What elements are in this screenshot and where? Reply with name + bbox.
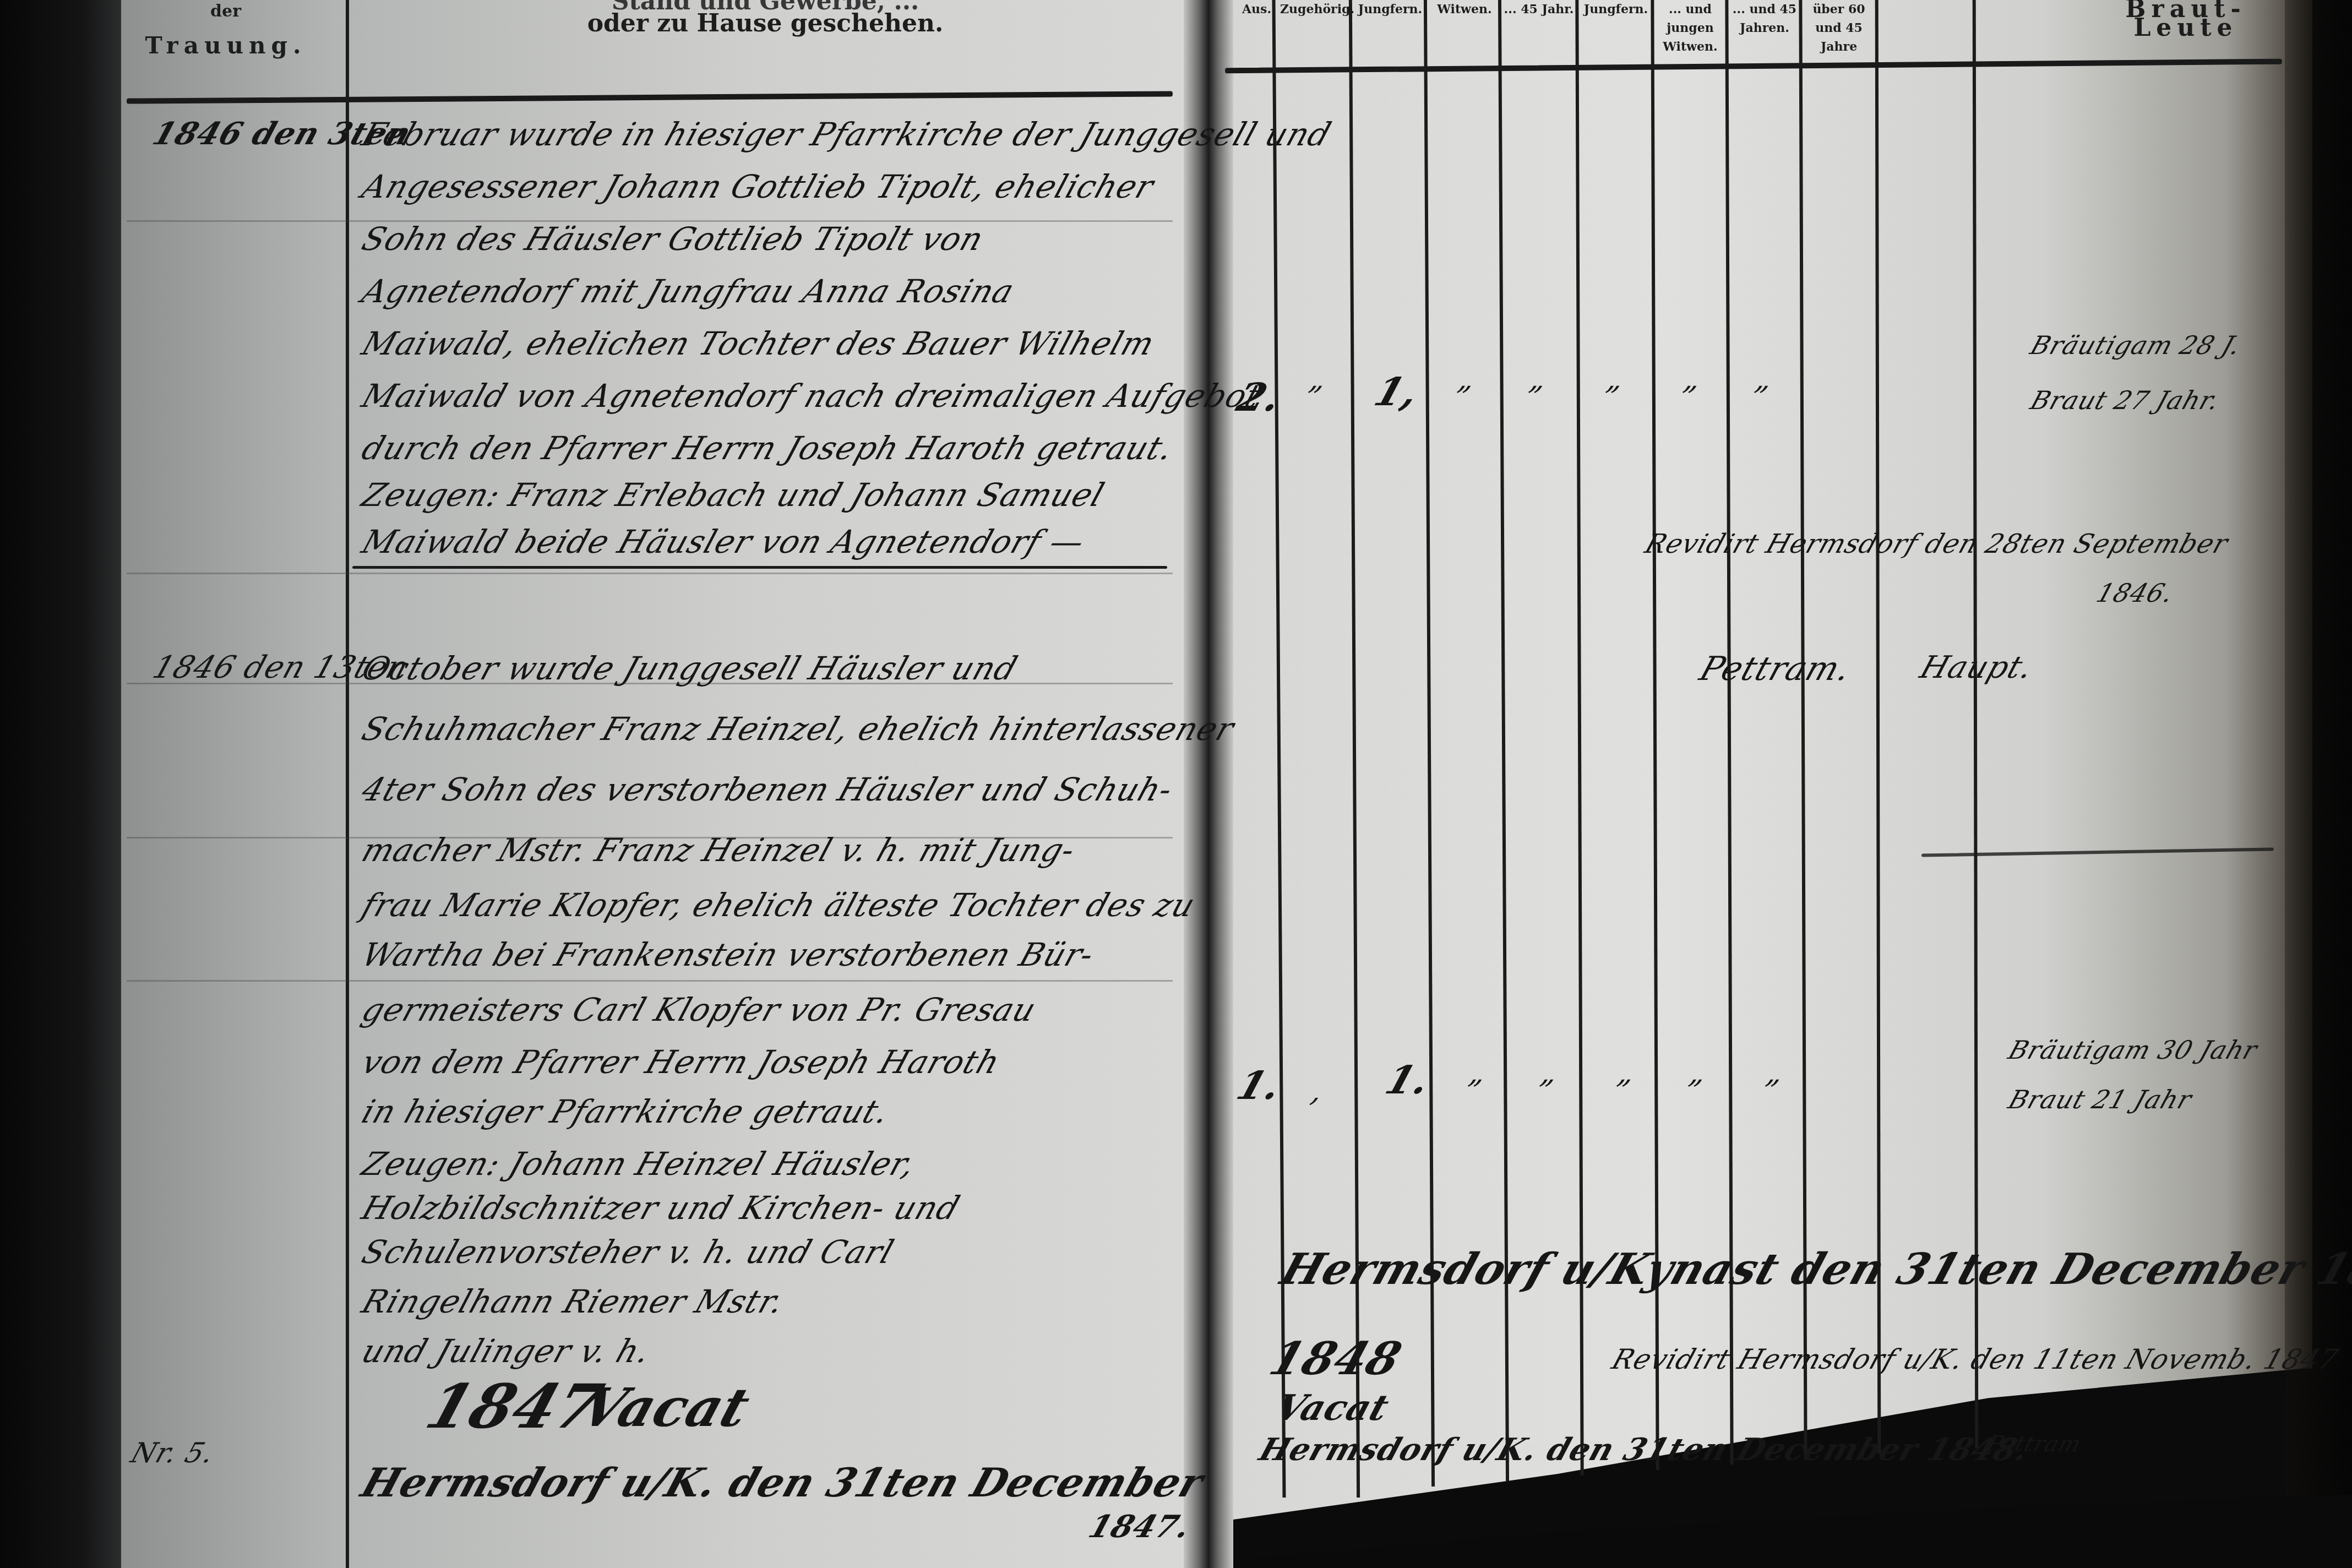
right-entry2-age-groom: Bräutigam 30 Jahr [2005, 1035, 2261, 1065]
header-col-bride-couple: Braut-Leute [2081, 0, 2290, 66]
entry2-line: Zeugen: Johann Heinzel Häusler, [357, 1145, 921, 1183]
header-col: ... und 45 Jahren. [1729, 0, 1800, 66]
entry2-line: Wartha bei Frankenstein verstorbenen Bür… [357, 936, 1099, 973]
header-details-column: Stand und Gewerbe, ... oder zu Hause ges… [352, 0, 1178, 66]
header-col: ... und jungen Witwen. [1654, 0, 1726, 66]
entry1-line: Agnetendorf mit Jungfrau Anna Rosina [357, 273, 1019, 310]
margin-note: Nr. 5. [127, 1437, 219, 1469]
header-date-column: der Trauung. [127, 0, 325, 66]
closing-1848-attestation: Hermsdorf u/K. den 31ten December 1848. [1255, 1431, 2034, 1468]
entry2-line: in hiesiger Pfarrkirche getraut. [357, 1093, 894, 1130]
ruled-line [127, 980, 1173, 982]
right-entry1-age-groom: Bräutigam 28 J. [2027, 330, 2245, 360]
header-date-line2: Trauung. [127, 36, 325, 55]
revision-1846-signature-2: Haupt. [1915, 650, 2038, 685]
closing-1847-vacat: Vacat [574, 1376, 758, 1439]
entry1-line: Februar wurde in hiesiger Pfarrkirche de… [357, 116, 1336, 153]
entry2-line: Schulenvorsteher v. h. und Carl [357, 1233, 899, 1271]
entry2-line: frau Marie Klopfer, ehelich älteste Toch… [357, 886, 1200, 924]
entry1-line: Sohn des Häusler Gottlieb Tipolt von [357, 220, 988, 258]
header-col: Zugehörig. [1280, 0, 1352, 66]
ruled-line [127, 573, 1173, 574]
revision-1846-text: Revidirt Hermsdorf den 28ten September [1641, 529, 2232, 559]
column-divider-left [346, 0, 349, 1568]
revision-1847-text: Revidirt Hermsdorf u/K. den 11ten Novemb… [1608, 1343, 2343, 1375]
entry1-line: Angesessener Johann Gottlieb Tipolt, ehe… [357, 168, 1159, 205]
revision-1847-signature: Pettram [1984, 1431, 2085, 1457]
header-col: Witwen. [1429, 0, 1500, 66]
header-col: Jungfern. [1354, 0, 1426, 66]
right-entry2-age-bride: Braut 21 Jahr [2005, 1085, 2196, 1114]
entry1-line: Maiwald, ehelichen Tochter des Bauer Wil… [357, 325, 1159, 362]
entry2-line: germeisters Carl Klopfer von Pr. Gresau [357, 991, 1041, 1028]
book-gutter [1184, 0, 1233, 1568]
right-entry1-age-bride: Braut 27 Jahr. [2027, 385, 2224, 415]
revision-1846-year: 1846. [2093, 578, 2177, 608]
entry2-line: von dem Pfarrer Herrn Joseph Haroth [357, 1043, 1005, 1081]
right-shadow [2285, 0, 2352, 1568]
revision-1846-signature-1: Pettram. [1695, 650, 1856, 688]
header-date-line1: der [127, 2, 325, 21]
entry2-line: Holzbildschnitzer und Kirchen- und [357, 1189, 965, 1227]
closing-1848-vacat: Vacat [1271, 1387, 1395, 1429]
header-details-line2: oder zu Hause geschehen. [352, 14, 1178, 33]
closing-1848-year: 1848 [1263, 1332, 1408, 1385]
entry2-line: macher Mstr. Franz Heinzel v. h. mit Jun… [357, 831, 1080, 869]
closing-1847-attestation-year: 1847. [1084, 1509, 1195, 1545]
entry2-line: Ringelhann Riemer Mstr. [357, 1283, 789, 1320]
entry1-line: durch den Pfarrer Herrn Joseph Haroth ge… [357, 429, 1178, 467]
entry2-line: October wurde Junggesell Häusler und [357, 650, 1022, 687]
entry1-end-rule [352, 566, 1167, 569]
entry1-line: Maiwald von Agnetendorf nach dreimaligen… [357, 377, 1266, 415]
entry2-line: 4ter Sohn des verstorbenen Häusler und S… [357, 771, 1178, 808]
entry1-line: Maiwald beide Häusler von Agnetendorf — [357, 523, 1090, 560]
entry2-line: und Julinger v. h. [357, 1332, 656, 1370]
header-col: Aus. [1236, 0, 1277, 66]
header-col: über 60 und 45 Jahre [1803, 0, 1875, 66]
header-col: ... 45 Jahr. [1503, 0, 1575, 66]
header-col [1877, 0, 1949, 66]
header-details-line1: Stand und Gewerbe, ... [352, 0, 1178, 11]
header-col: Jungfern. [1580, 0, 1652, 66]
entry1-line: Zeugen: Franz Erlebach und Johann Samuel [357, 476, 1109, 514]
closing-1847-attestation: Hermsdorf u/K. den 31ten December [356, 1459, 1210, 1506]
closing-1846-attestation: Hermsdorf u/Kynast den 31ten December 18… [1275, 1244, 2352, 1294]
entry2-line: Schuhmacher Franz Heinzel, ehelich hinte… [357, 710, 1239, 748]
